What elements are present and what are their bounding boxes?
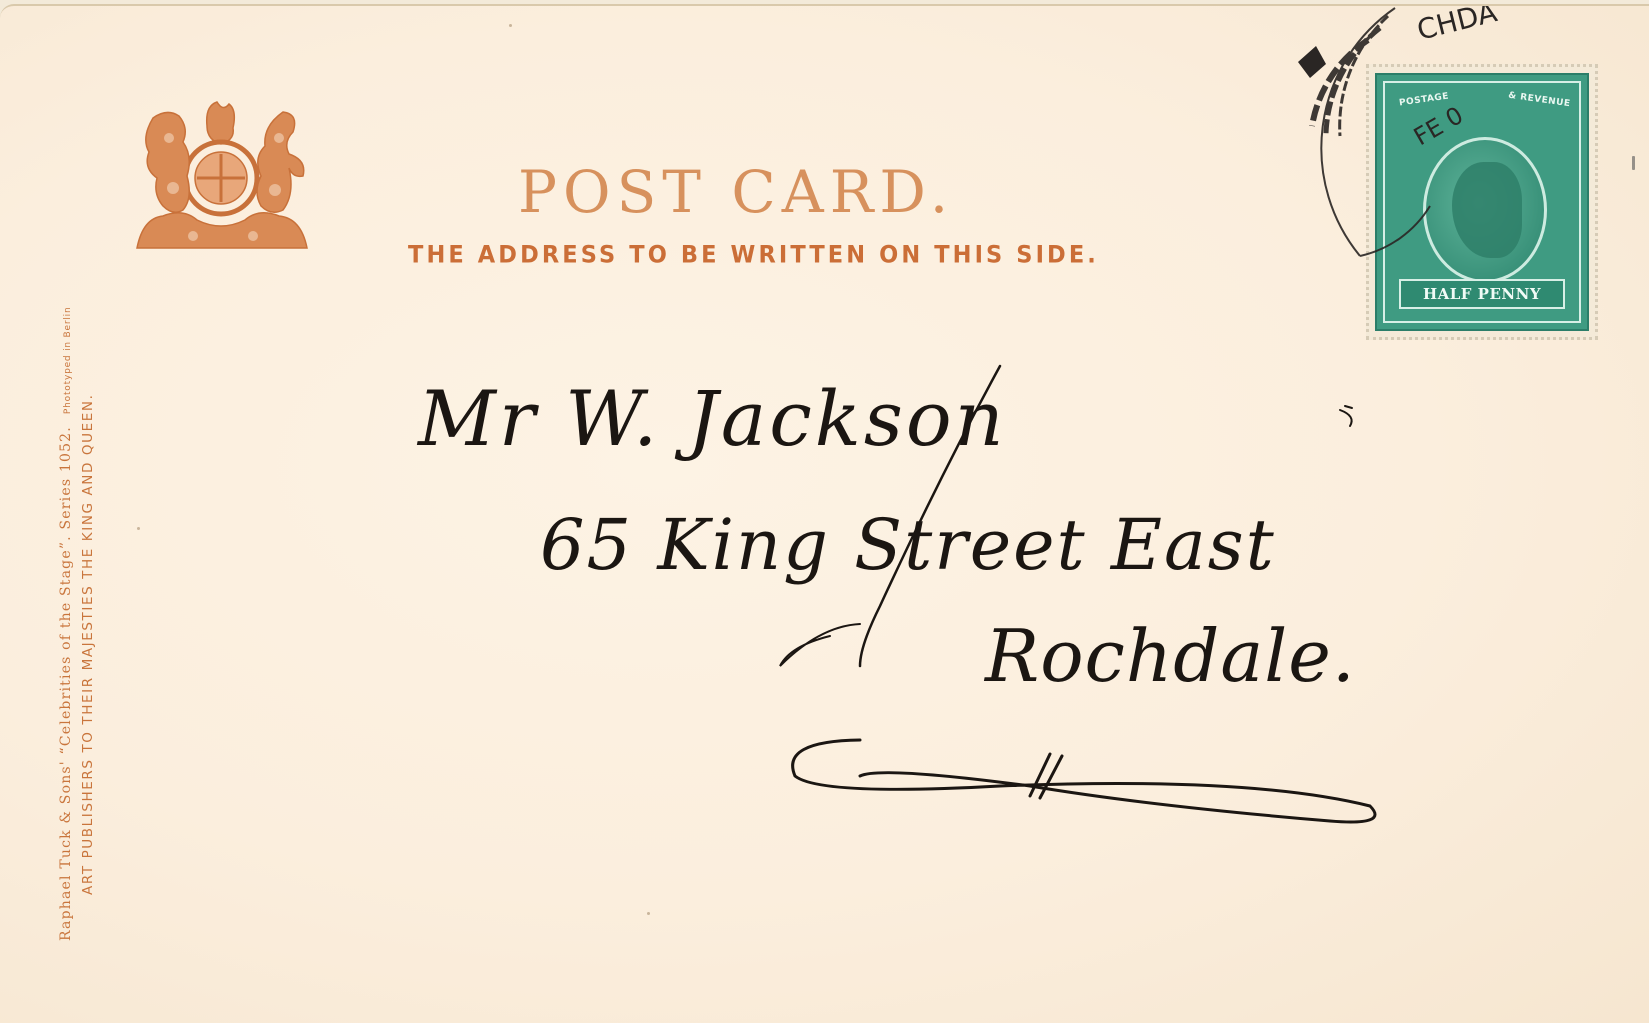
svg-text:CHDA: CHDA: [1414, 6, 1500, 47]
royal-coat-of-arms-icon: [133, 98, 309, 250]
recipient-name: Mr W. Jackson: [418, 374, 1007, 463]
stamp-design: POSTAGE & REVENUE HALF PENNY: [1375, 73, 1589, 331]
recipient-city: Rochdale.: [985, 614, 1356, 698]
phototyped-note: Phototyped in Berlin: [63, 307, 73, 415]
paper-speck: [647, 912, 650, 915]
postcard: Raphael Tuck & Sons' “Celebrities of the…: [0, 4, 1649, 1023]
paper-speck: [509, 24, 512, 27]
address-instruction: THE ADDRESS TO BE WRITTEN ON THIS SIDE.: [408, 241, 1228, 269]
publisher-series-text: Raphael Tuck & Sons' “Celebrities of the…: [58, 426, 74, 941]
recipient-street: 65 King Street East: [540, 504, 1276, 586]
publisher-line-1: Raphael Tuck & Sons' “Celebrities of the…: [58, 307, 80, 941]
publisher-imprint: Raphael Tuck & Sons' “Celebrities of the…: [58, 307, 96, 941]
portrait-head: [1452, 162, 1522, 258]
paper-speck: [137, 527, 140, 530]
publisher-line-2: ART PUBLISHERS TO THEIR MAJESTIES THE KI…: [80, 307, 96, 895]
stamp-value: HALF PENNY: [1399, 279, 1565, 309]
king-profile-icon: [1423, 137, 1547, 283]
paper-speck: [1632, 156, 1635, 170]
postage-stamp: POSTAGE & REVENUE HALF PENNY: [1366, 64, 1598, 340]
postcard-title: POST CARD.: [518, 158, 1108, 226]
